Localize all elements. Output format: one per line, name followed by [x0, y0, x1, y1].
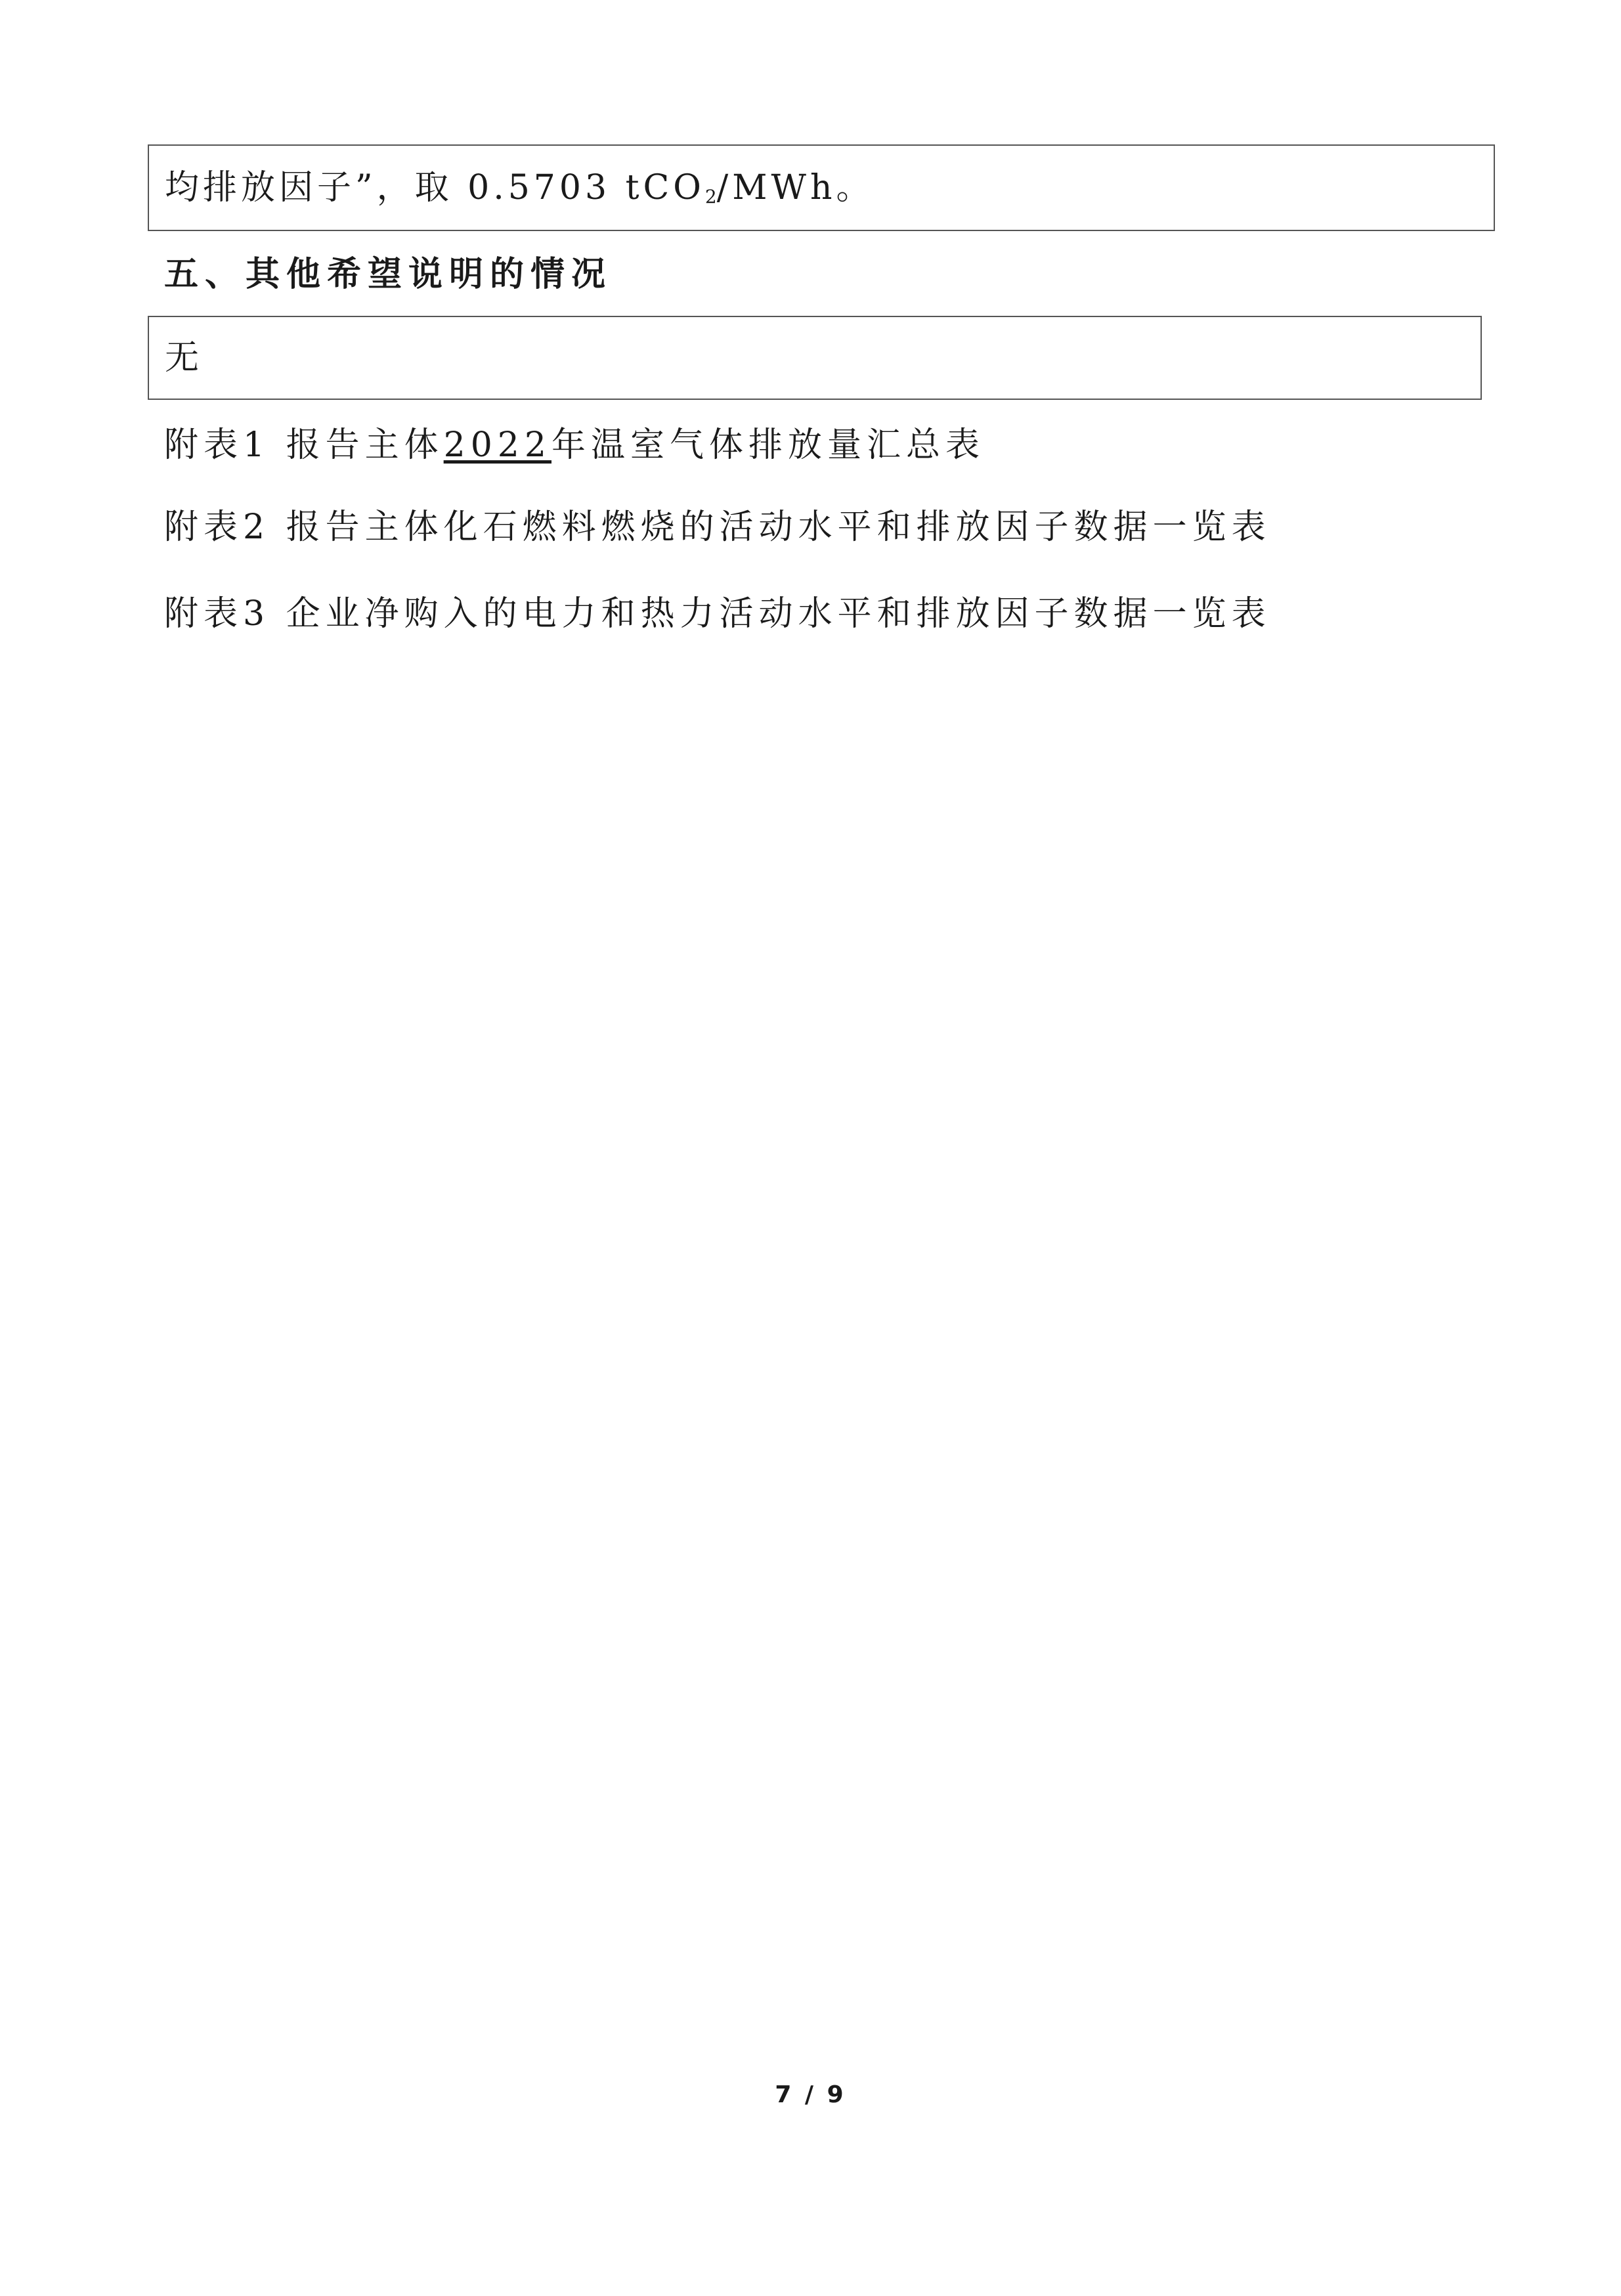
- emission-factor-text: 均排放因子”，取 0.5703 tCO2/MWh。: [165, 168, 874, 217]
- appendix-1: 附表1 报告主体2022年温室气体排放量汇总表: [164, 424, 985, 466]
- appendix-3: 附表3 企业净购入的电力和热力活动水平和排放因子数据一览表: [164, 593, 1271, 635]
- other-notes-text: 无: [165, 338, 203, 378]
- other-notes-box: 无: [148, 316, 1482, 400]
- page-number: 7 / 9: [0, 2081, 1621, 2108]
- appendix-2: 附表2 报告主体化石燃料燃烧的活动水平和排放因子数据一览表: [164, 506, 1271, 548]
- section-heading-other: 五、其他希望说明的情况: [164, 253, 612, 295]
- emission-factor-box: 均排放因子”，取 0.5703 tCO2/MWh。: [148, 144, 1495, 231]
